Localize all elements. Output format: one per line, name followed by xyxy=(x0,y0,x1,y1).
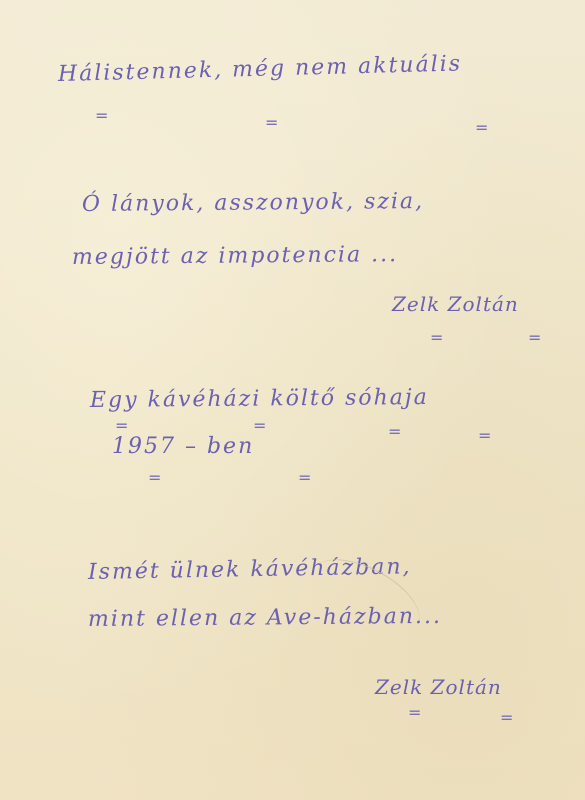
underline-mark: = xyxy=(253,418,266,434)
underline-mark: = xyxy=(478,428,491,444)
manuscript-page: Hálistennek, még nem aktuális = = = Ó lá… xyxy=(0,0,585,800)
underline-mark: = xyxy=(475,120,488,136)
heading-line: Hálistennek, még nem aktuális xyxy=(58,51,463,87)
underline-mark: = xyxy=(95,108,108,124)
underline-mark: = xyxy=(298,470,311,486)
underline-mark: = xyxy=(500,710,513,726)
signature: Zelk Zoltán xyxy=(392,292,519,316)
underline-mark: = xyxy=(265,115,278,131)
underline-mark: = xyxy=(115,418,128,434)
underline-mark: = xyxy=(388,424,401,440)
underline-mark: = xyxy=(408,705,421,721)
verse-line: Ó lányok, asszonyok, szia, xyxy=(82,189,424,217)
year-line: 1957 – ben xyxy=(112,434,254,459)
underline-mark: = xyxy=(148,470,161,486)
title-line: Egy kávéházi költő sóhaja xyxy=(90,385,429,413)
underline-mark: = xyxy=(528,330,541,346)
verse-line: megjött az impotencia ... xyxy=(72,242,398,270)
signature: Zelk Zoltán xyxy=(375,675,502,699)
underline-mark: = xyxy=(430,330,443,346)
